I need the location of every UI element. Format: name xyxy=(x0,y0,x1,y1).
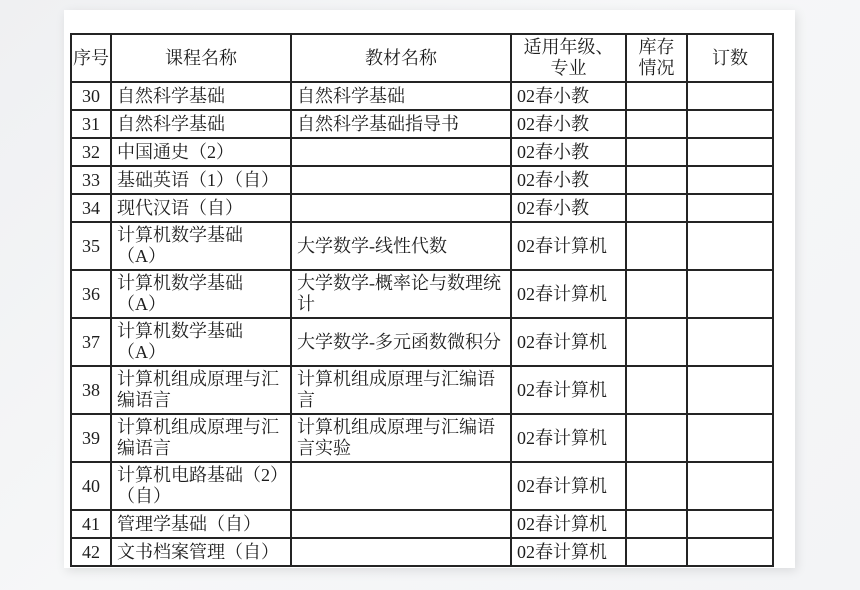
cell-order-quantity xyxy=(687,462,773,510)
cell-stock-status xyxy=(626,194,687,222)
cell-stock-status xyxy=(626,222,687,270)
cell-serial-number: 30 xyxy=(71,82,111,110)
cell-course-name: 计算机组成原理与汇编语言 xyxy=(111,414,291,462)
cell-serial-number: 38 xyxy=(71,366,111,414)
cell-stock-status xyxy=(626,110,687,138)
cell-grade-major: 02春小教 xyxy=(511,82,626,110)
cell-grade-major: 02春小教 xyxy=(511,194,626,222)
cell-grade-major: 02春计算机 xyxy=(511,222,626,270)
cell-textbook-name xyxy=(291,510,511,538)
column-header-order-quantity: 订数 xyxy=(687,34,773,82)
cell-course-name: 计算机数学基础（A） xyxy=(111,318,291,366)
table-row: 42 文书档案管理（自） 02春计算机 xyxy=(71,538,773,566)
cell-serial-number: 34 xyxy=(71,194,111,222)
cell-course-name: 文书档案管理（自） xyxy=(111,538,291,566)
table-row: 40 计算机电路基础（2）（自） 02春计算机 xyxy=(71,462,773,510)
table-row: 38 计算机组成原理与汇编语言 计算机组成原理与汇编语言 02春计算机 xyxy=(71,366,773,414)
cell-textbook-name: 大学数学-多元函数微积分 xyxy=(291,318,511,366)
cell-course-name: 现代汉语（自） xyxy=(111,194,291,222)
cell-serial-number: 36 xyxy=(71,270,111,318)
document-page: 序号 课程名称 教材名称 适用年级、专业 库存情况 订数 30 自然科学基础 自… xyxy=(64,10,795,568)
cell-grade-major: 02春计算机 xyxy=(511,318,626,366)
cell-order-quantity xyxy=(687,82,773,110)
cell-order-quantity xyxy=(687,270,773,318)
table-row: 32 中国通史（2） 02春小教 xyxy=(71,138,773,166)
cell-textbook-name xyxy=(291,166,511,194)
cell-serial-number: 37 xyxy=(71,318,111,366)
cell-order-quantity xyxy=(687,166,773,194)
cell-order-quantity xyxy=(687,538,773,566)
cell-stock-status xyxy=(626,138,687,166)
cell-textbook-name: 自然科学基础 xyxy=(291,82,511,110)
cell-order-quantity xyxy=(687,414,773,462)
cell-grade-major: 02春计算机 xyxy=(511,510,626,538)
cell-course-name: 计算机组成原理与汇编语言 xyxy=(111,366,291,414)
cell-course-name: 计算机数学基础（A） xyxy=(111,270,291,318)
cell-textbook-name xyxy=(291,194,511,222)
table-row: 31 自然科学基础 自然科学基础指导书 02春小教 xyxy=(71,110,773,138)
cell-serial-number: 33 xyxy=(71,166,111,194)
cell-textbook-name: 自然科学基础指导书 xyxy=(291,110,511,138)
cell-serial-number: 39 xyxy=(71,414,111,462)
cell-course-name: 基础英语（1）（自） xyxy=(111,166,291,194)
cell-stock-status xyxy=(626,318,687,366)
cell-order-quantity xyxy=(687,222,773,270)
cell-stock-status xyxy=(626,270,687,318)
cell-course-name: 计算机电路基础（2）（自） xyxy=(111,462,291,510)
table-row: 33 基础英语（1）（自） 02春小教 xyxy=(71,166,773,194)
textbook-order-table: 序号 课程名称 教材名称 适用年级、专业 库存情况 订数 30 自然科学基础 自… xyxy=(70,33,774,567)
cell-grade-major: 02春计算机 xyxy=(511,462,626,510)
cell-grade-major: 02春计算机 xyxy=(511,270,626,318)
cell-stock-status xyxy=(626,366,687,414)
cell-stock-status xyxy=(626,510,687,538)
cell-order-quantity xyxy=(687,194,773,222)
cell-order-quantity xyxy=(687,138,773,166)
cell-serial-number: 42 xyxy=(71,538,111,566)
table-row: 37 计算机数学基础（A） 大学数学-多元函数微积分 02春计算机 xyxy=(71,318,773,366)
cell-grade-major: 02春小教 xyxy=(511,166,626,194)
cell-grade-major: 02春计算机 xyxy=(511,538,626,566)
cell-serial-number: 32 xyxy=(71,138,111,166)
table-row: 36 计算机数学基础（A） 大学数学-概率论与数理统计 02春计算机 xyxy=(71,270,773,318)
column-header-course-name: 课程名称 xyxy=(111,34,291,82)
table-row: 34 现代汉语（自） 02春小教 xyxy=(71,194,773,222)
cell-order-quantity xyxy=(687,510,773,538)
cell-stock-status xyxy=(626,462,687,510)
table-row: 30 自然科学基础 自然科学基础 02春小教 xyxy=(71,82,773,110)
cell-serial-number: 41 xyxy=(71,510,111,538)
cell-grade-major: 02春小教 xyxy=(511,138,626,166)
cell-stock-status xyxy=(626,538,687,566)
cell-grade-major: 02春计算机 xyxy=(511,414,626,462)
cell-textbook-name xyxy=(291,538,511,566)
table-row: 41 管理学基础（自） 02春计算机 xyxy=(71,510,773,538)
cell-serial-number: 35 xyxy=(71,222,111,270)
cell-textbook-name: 计算机组成原理与汇编语言实验 xyxy=(291,414,511,462)
table-row: 39 计算机组成原理与汇编语言 计算机组成原理与汇编语言实验 02春计算机 xyxy=(71,414,773,462)
cell-course-name: 管理学基础（自） xyxy=(111,510,291,538)
cell-textbook-name: 大学数学-线性代数 xyxy=(291,222,511,270)
column-header-textbook-name: 教材名称 xyxy=(291,34,511,82)
cell-course-name: 中国通史（2） xyxy=(111,138,291,166)
cell-textbook-name xyxy=(291,138,511,166)
cell-textbook-name: 计算机组成原理与汇编语言 xyxy=(291,366,511,414)
header-row: 序号 课程名称 教材名称 适用年级、专业 库存情况 订数 xyxy=(71,34,773,82)
column-header-stock-status: 库存情况 xyxy=(626,34,687,82)
cell-textbook-name: 大学数学-概率论与数理统计 xyxy=(291,270,511,318)
column-header-grade-major: 适用年级、专业 xyxy=(511,34,626,82)
document-viewer-canvas: 序号 课程名称 教材名称 适用年级、专业 库存情况 订数 30 自然科学基础 自… xyxy=(0,0,860,590)
cell-grade-major: 02春小教 xyxy=(511,110,626,138)
cell-serial-number: 40 xyxy=(71,462,111,510)
cell-grade-major: 02春计算机 xyxy=(511,366,626,414)
table-body: 30 自然科学基础 自然科学基础 02春小教 31 自然科学基础 自然科学基础指… xyxy=(71,82,773,566)
cell-course-name: 自然科学基础 xyxy=(111,82,291,110)
cell-course-name: 计算机数学基础（A） xyxy=(111,222,291,270)
table-row: 35 计算机数学基础（A） 大学数学-线性代数 02春计算机 xyxy=(71,222,773,270)
cell-stock-status xyxy=(626,82,687,110)
cell-order-quantity xyxy=(687,366,773,414)
cell-order-quantity xyxy=(687,318,773,366)
cell-textbook-name xyxy=(291,462,511,510)
cell-stock-status xyxy=(626,166,687,194)
cell-stock-status xyxy=(626,414,687,462)
cell-course-name: 自然科学基础 xyxy=(111,110,291,138)
column-header-serial-number: 序号 xyxy=(71,34,111,82)
cell-order-quantity xyxy=(687,110,773,138)
cell-serial-number: 31 xyxy=(71,110,111,138)
